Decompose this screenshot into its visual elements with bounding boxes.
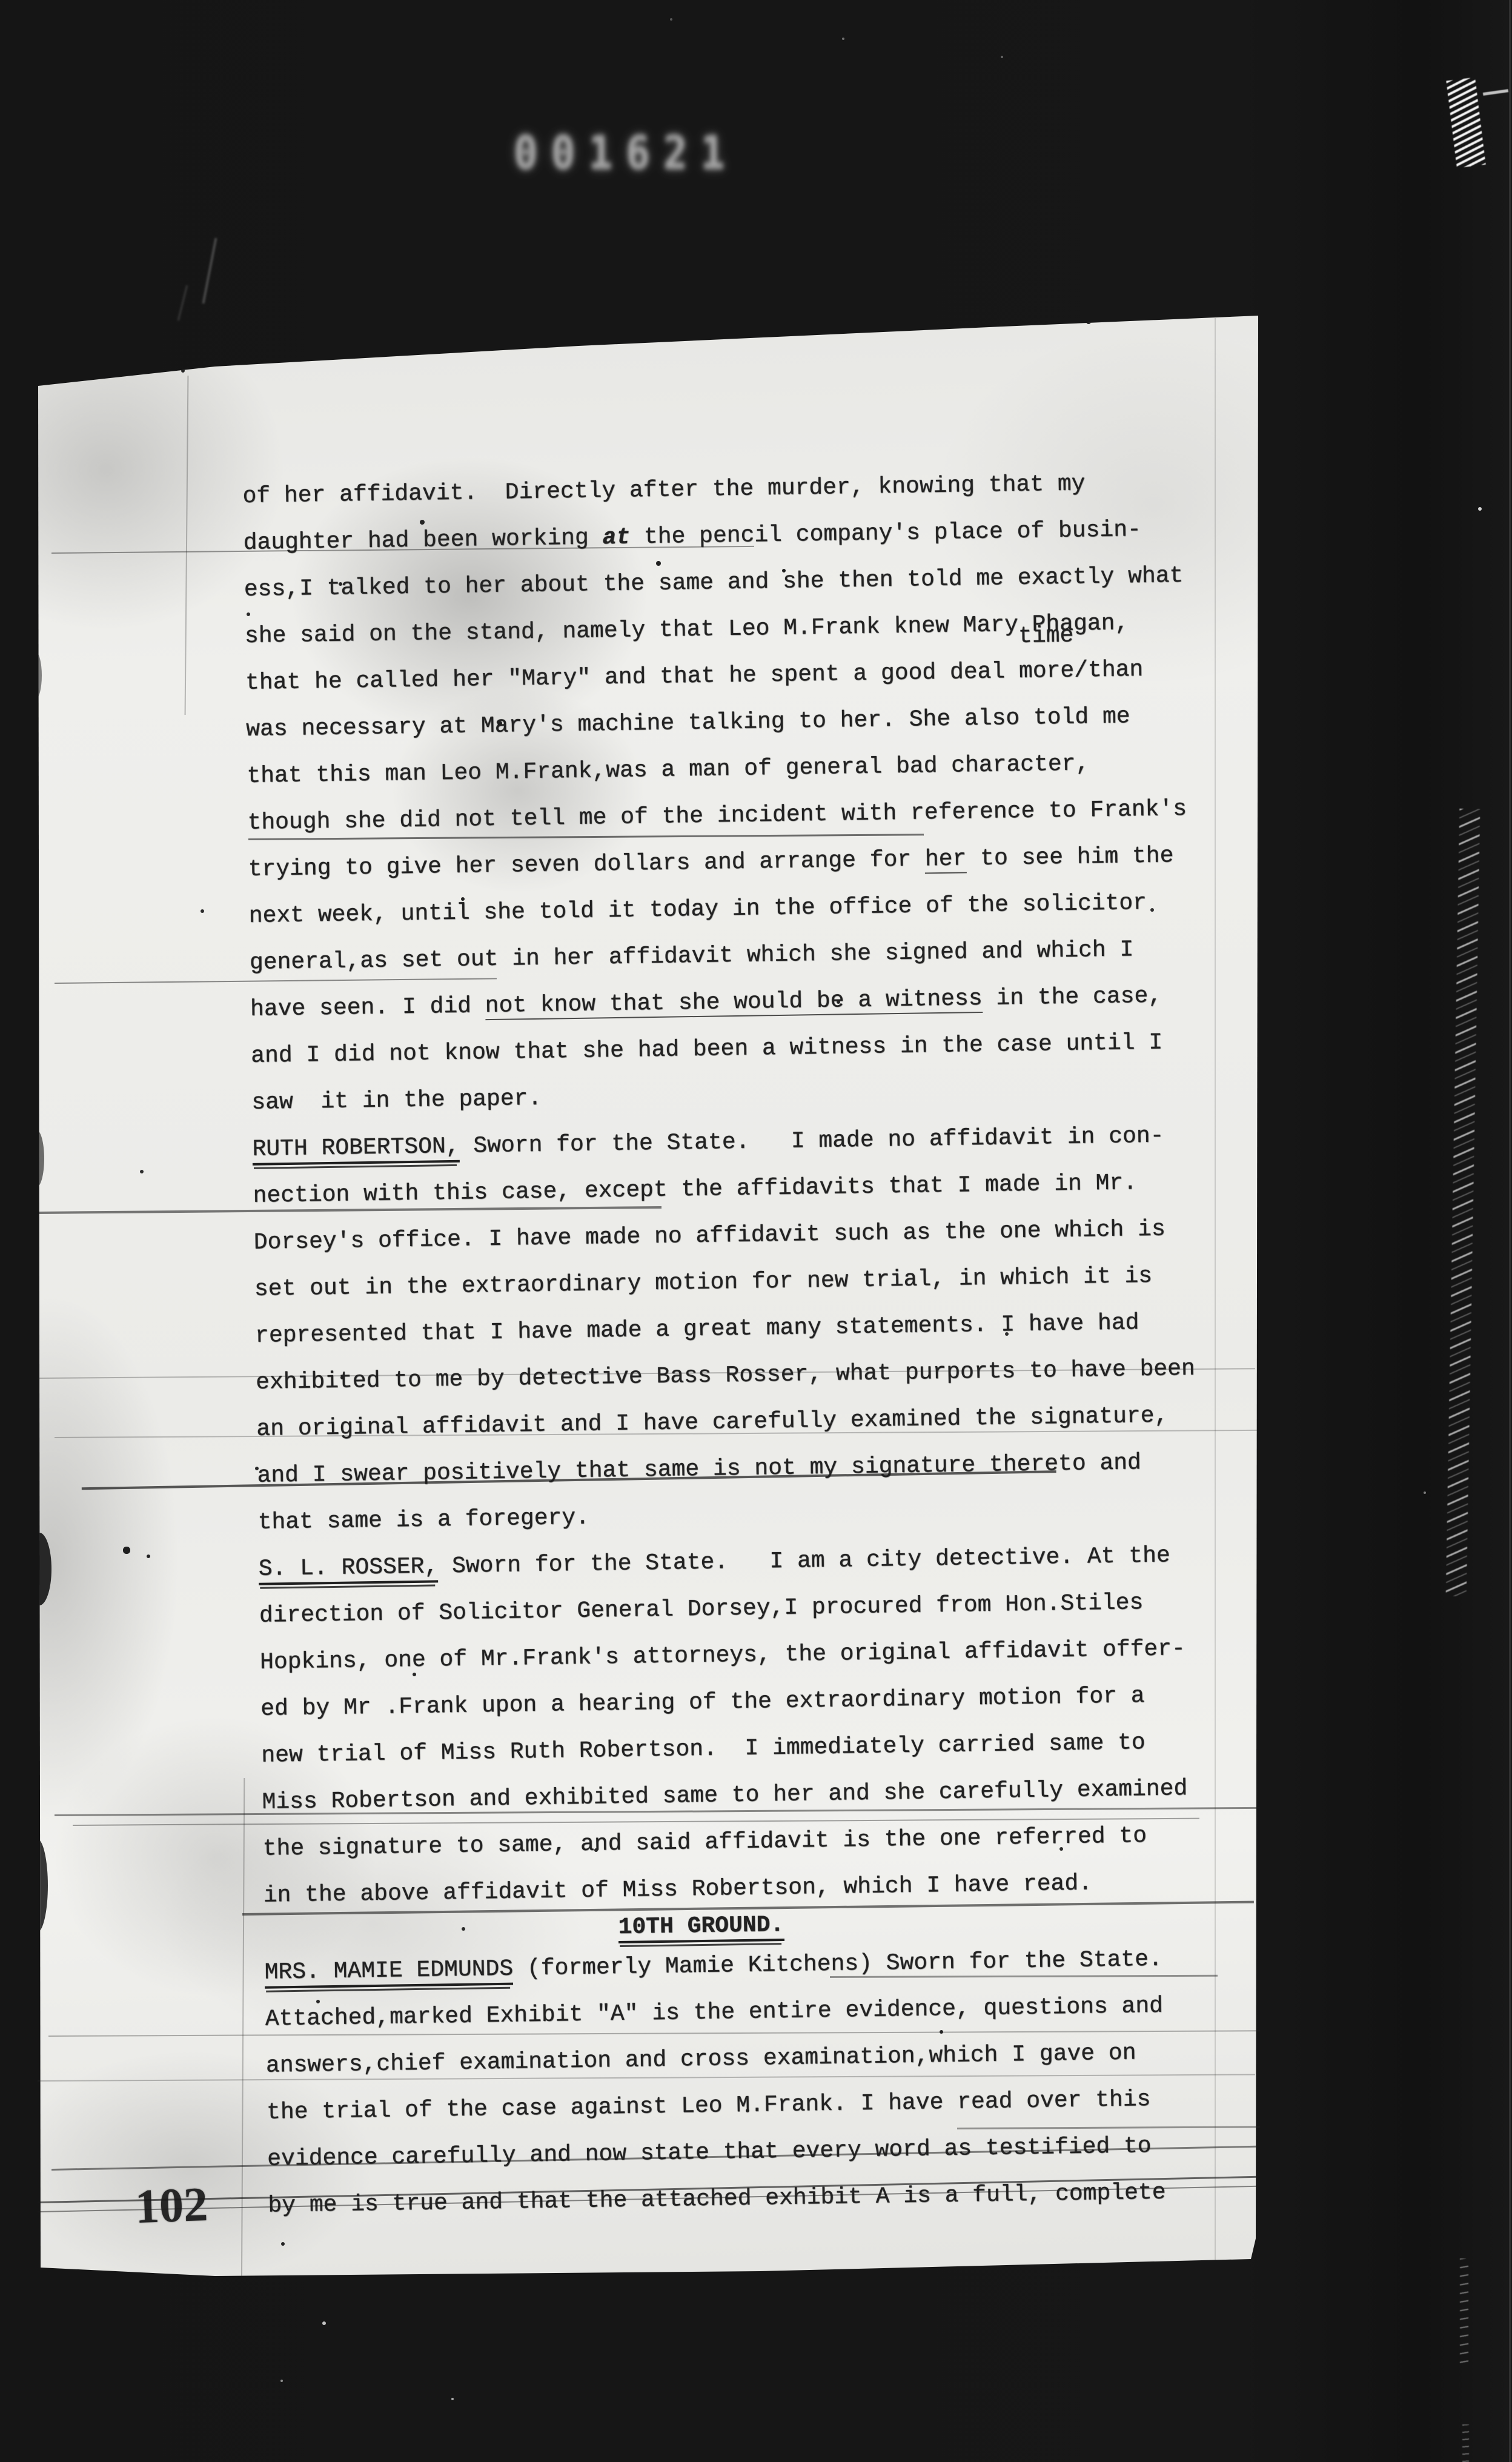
paper-crease <box>185 376 189 715</box>
frame-number-stamp: 001621 <box>514 130 738 176</box>
edge-shadow-blob <box>27 1533 51 1605</box>
dust-specks <box>0 0 2 2</box>
film-edge-scratches <box>1446 78 1485 168</box>
typed-text-block: of her affidavit. Directly after the mur… <box>242 459 1262 2229</box>
document-page: 102 of her affidavit. Directly after the… <box>33 312 1260 2281</box>
ink-specks <box>33 312 36 314</box>
film-edge-scratch <box>1483 89 1508 96</box>
witness-name: MRS. MAMIE EDMUNDS <box>264 1956 513 1989</box>
film-edge-scratches <box>1460 2258 1468 2367</box>
paper-crease <box>241 1778 245 2311</box>
witness-name: S. L. ROSSER, <box>259 1553 439 1585</box>
edge-shadow-blob <box>28 651 42 700</box>
section-heading-text: 10TH GROUND. <box>618 1912 784 1943</box>
inserted-word: time <box>1018 625 1074 648</box>
edge-shadow-blob <box>26 1839 48 1933</box>
film-edge-scratches <box>1462 2424 1469 2462</box>
witness-name: RUTH ROBERTSON, <box>252 1133 460 1166</box>
film-scratch-mark <box>177 285 188 321</box>
edge-shadow-blob <box>28 1130 44 1187</box>
page-number: 102 <box>134 2180 209 2231</box>
film-scratch-mark <box>202 238 217 304</box>
film-edge-scratches <box>1446 809 1480 1596</box>
film-edge-seam <box>1509 0 1511 2462</box>
microfilm-scan: 001621 102 of her affidavit. Directly af… <box>0 0 1512 2462</box>
